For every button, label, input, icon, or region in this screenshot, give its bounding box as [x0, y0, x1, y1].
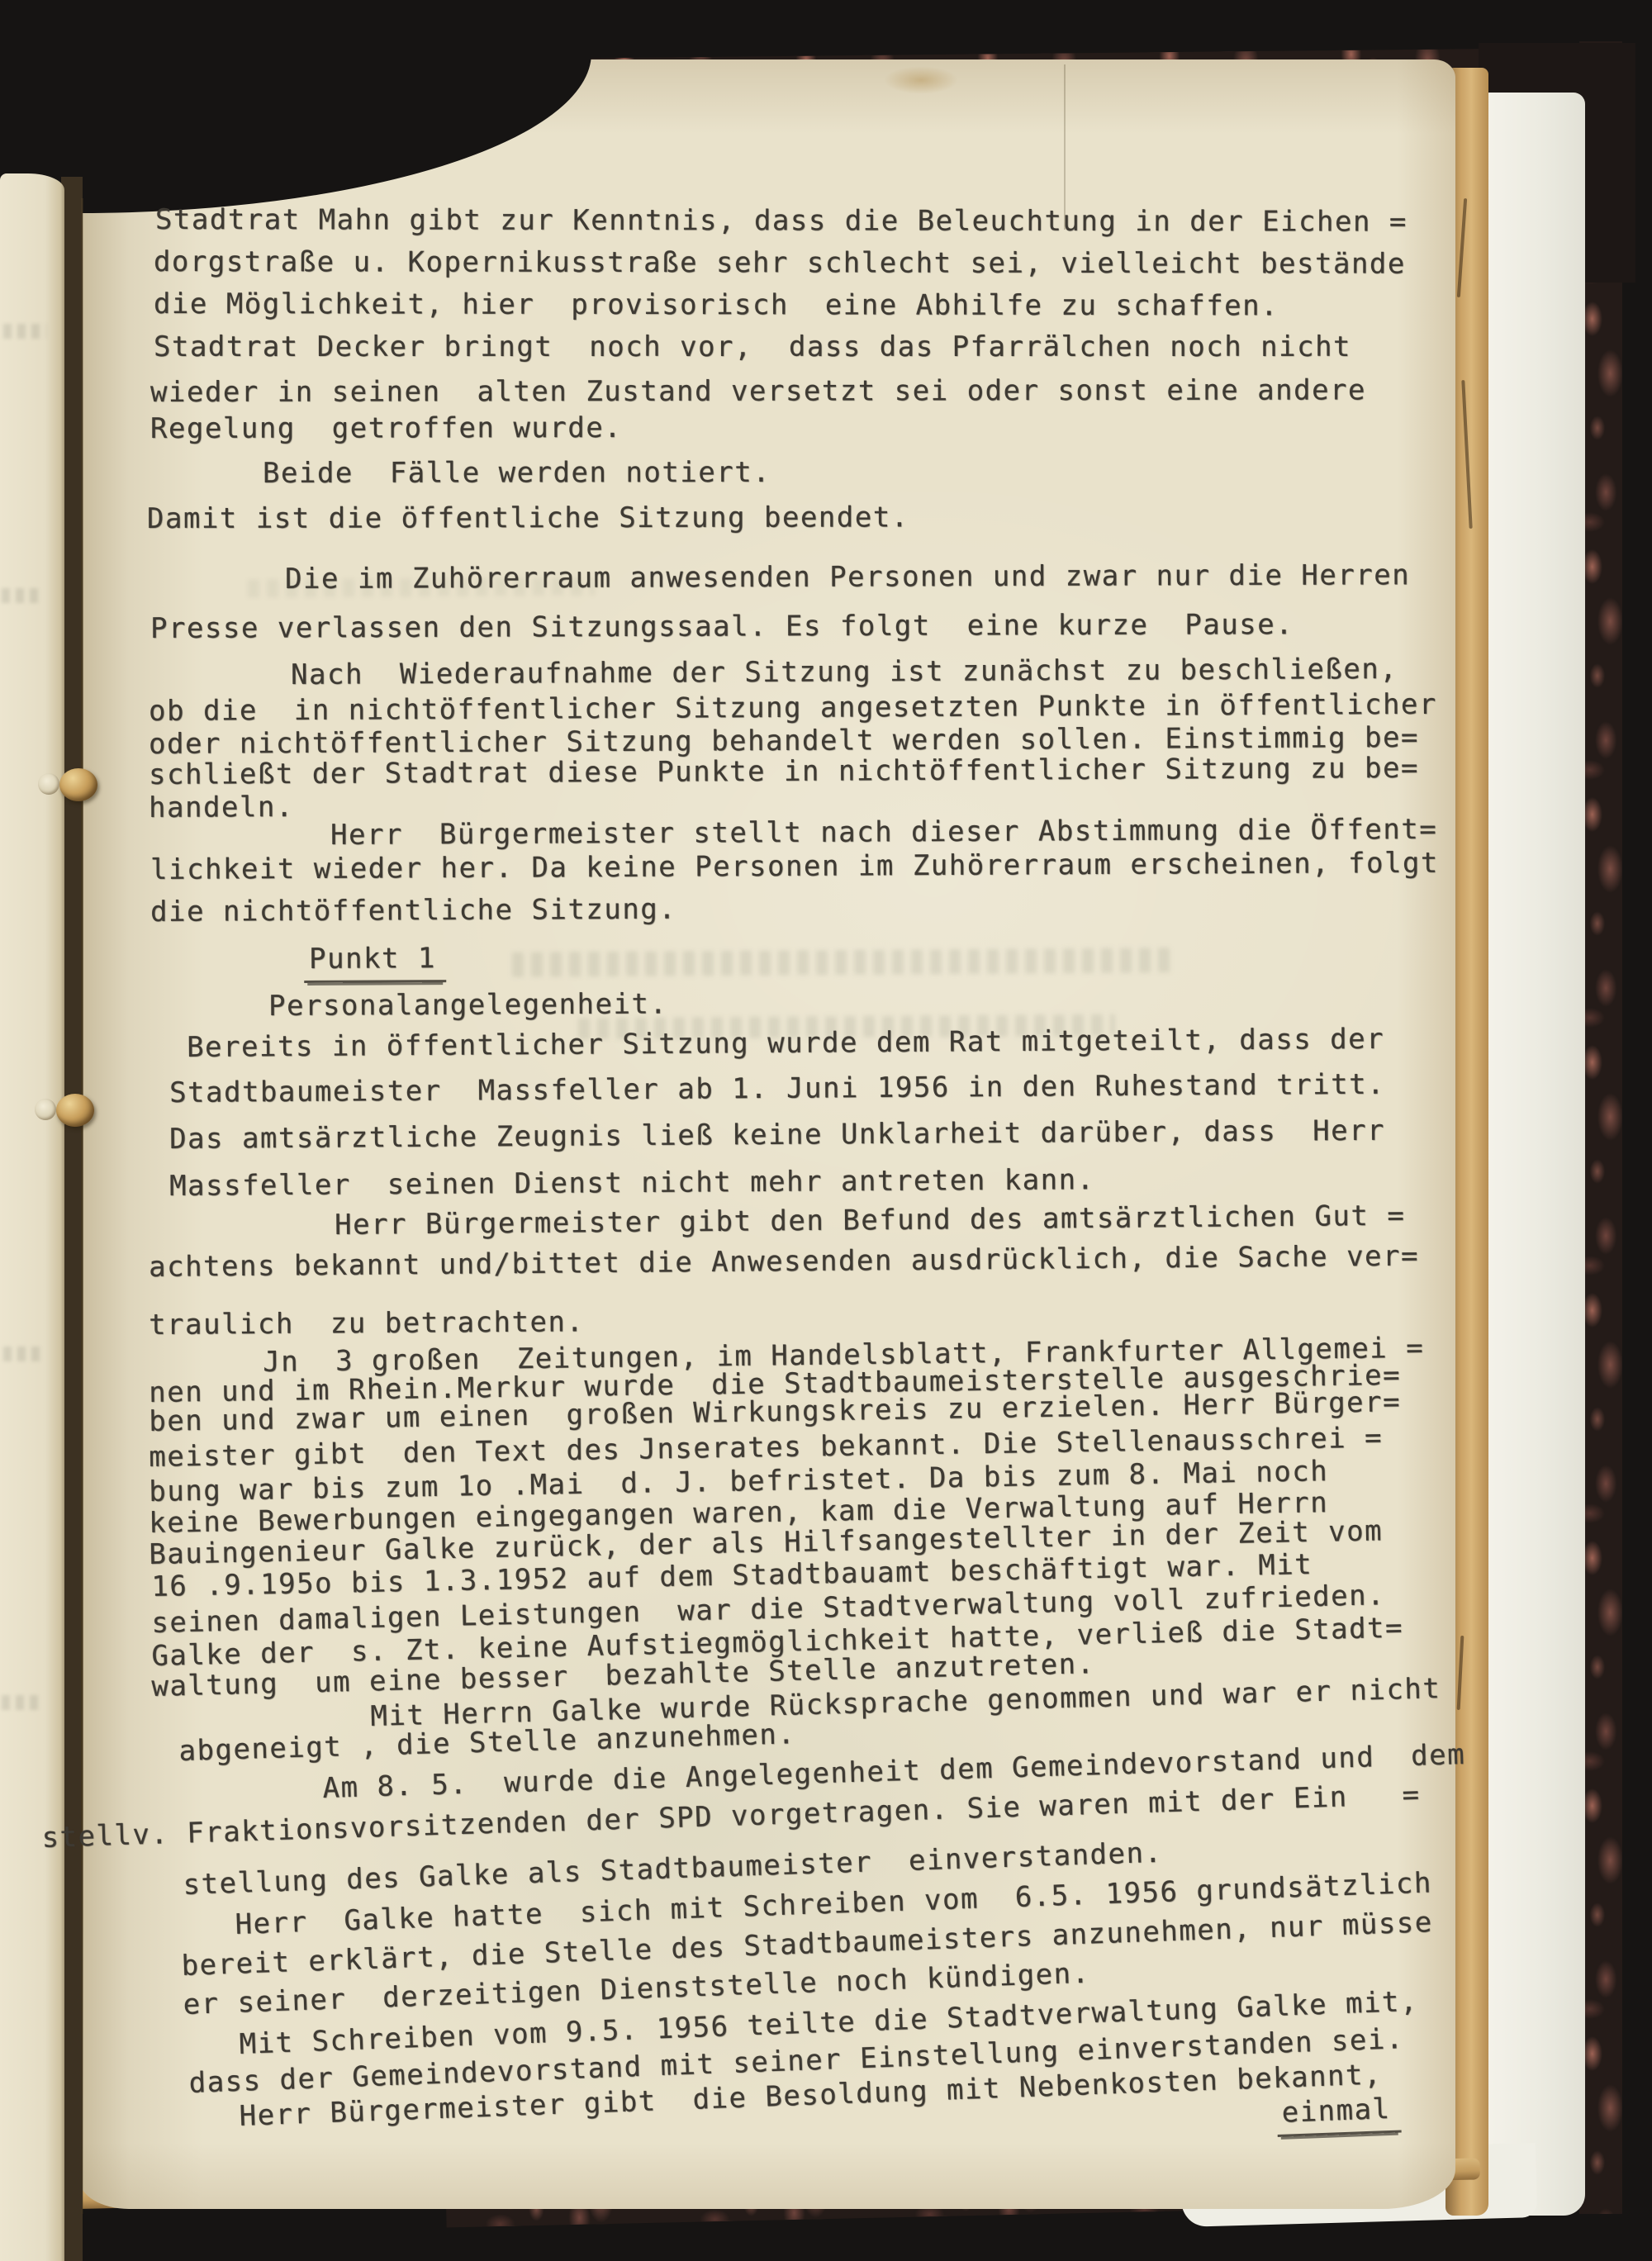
typewritten-line-25: Herr Bürgermeister gibt den Befund des a…	[335, 1199, 1406, 1242]
scanned-book-page: Stadtrat Mahn gibt zur Kenntnis, dass di…	[0, 0, 1652, 2261]
typewritten-line-16: Herr Bürgermeister stellt nach dieser Ab…	[330, 813, 1437, 852]
typewritten-line-1: Stadtrat Mahn gibt zur Kenntnis, dass di…	[155, 203, 1408, 239]
typewritten-line-2: dorgstraße u. Kopernikusstraße sehr schl…	[154, 245, 1406, 281]
typewritten-line-17: lichkeit wieder her. Da keine Personen i…	[150, 847, 1439, 886]
typewritten-line-9: Die im Zuhörerraum anwesenden Personen u…	[285, 558, 1410, 596]
typewritten-line-23: Das amtsärztliche Zeugnis ließ keine Unk…	[169, 1114, 1385, 1156]
typewritten-line-3: die Möglichkeit, hier provisorisch eine …	[154, 287, 1279, 322]
typewritten-line-19: Punkt 1	[304, 942, 446, 983]
typewritten-line-10: Presse verlassen den Sitzungssaal. Es fo…	[150, 608, 1294, 645]
typewritten-line-21: Bereits in öffentlicher Sitzung wurde de…	[187, 1023, 1384, 1064]
typewritten-line-8: Damit ist die öffentliche Sitzung beende…	[147, 501, 909, 535]
typewritten-line-18: die nichtöffentliche Sitzung.	[150, 893, 676, 929]
typewritten-line-22: Stadtbaumeister Massfeller ab 1. Juni 19…	[169, 1068, 1385, 1109]
typewritten-line-15: handeln.	[149, 791, 294, 824]
typewritten-line-20: Personalangelegenheit.	[268, 987, 668, 1023]
typewritten-line-11: Nach Wiederaufnahme der Sitzung ist zunä…	[291, 653, 1398, 691]
typewritten-line-50: einmal	[1276, 2092, 1402, 2137]
typewritten-line-5: wieder in seinen alten Zustand versetzt …	[150, 373, 1366, 409]
typewritten-line-14: schließt der Stadtrat diese Punkte in ni…	[149, 752, 1419, 791]
typewritten-text-layer: Stadtrat Mahn gibt zur Kenntnis, dass di…	[0, 0, 1652, 2261]
typewritten-line-4: Stadtrat Decker bringt noch vor, dass da…	[154, 330, 1351, 363]
typewritten-line-24: Massfeller seinen Dienst nicht mehr antr…	[169, 1163, 1095, 1203]
typewritten-line-26: achtens bekannt und/bittet die Anwesende…	[149, 1240, 1419, 1284]
typewritten-line-27: traulich zu betrachten.	[149, 1305, 585, 1342]
typewritten-line-6: Regelung getroffen wurde.	[150, 411, 622, 445]
typewritten-line-7: Beide Fälle werden notiert.	[263, 456, 771, 490]
